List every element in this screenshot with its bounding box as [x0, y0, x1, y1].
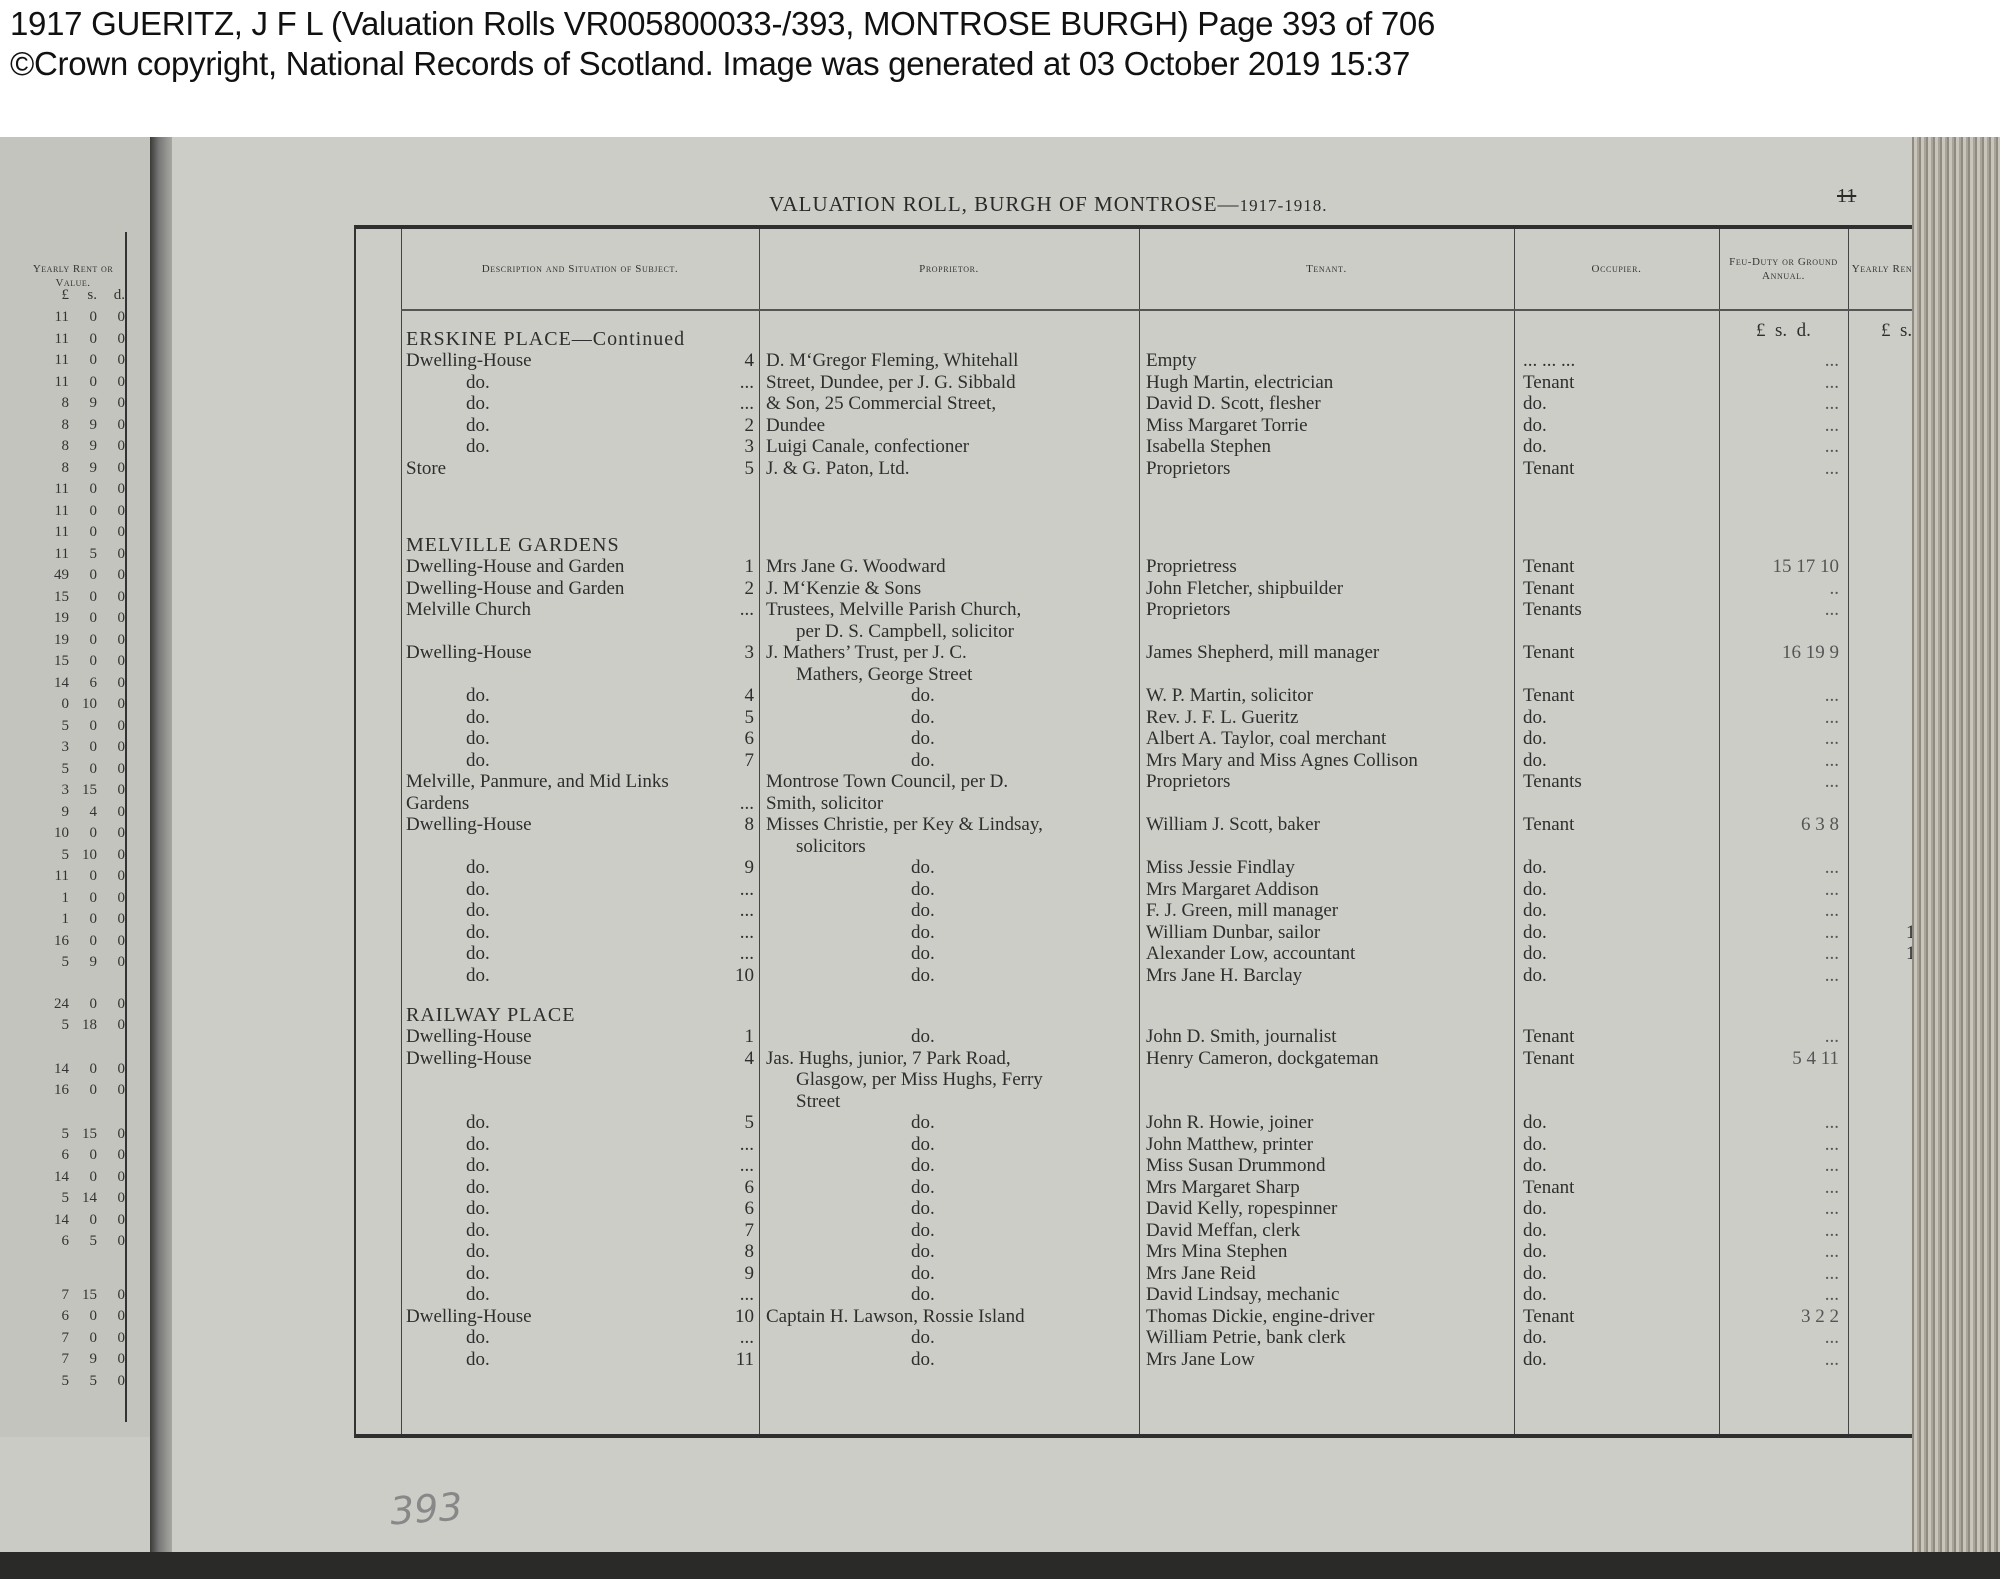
left-page-value-row: 1900: [20, 610, 125, 627]
left-page-value-row: 600: [20, 1147, 125, 1164]
row-tenant: William Petrie, bank clerk: [1146, 1328, 1346, 1348]
left-page-value-row: 1100: [20, 331, 125, 348]
left-page-header: Yearly Rent or Value.: [18, 262, 128, 290]
left-page-value-row: 7150: [20, 1287, 125, 1304]
row-proprietor: do.: [911, 729, 935, 749]
row-feu-duty: ...: [1724, 1242, 1839, 1262]
row-proprietor: do.: [911, 1285, 935, 1305]
row-tenant: John D. Smith, journalist: [1146, 1027, 1337, 1047]
row-feu-duty: ...: [1724, 1135, 1839, 1155]
row-occupier: Tenant: [1523, 815, 1574, 835]
pencil-page-mark: 393: [389, 1485, 464, 1534]
left-page-value-row: 1100: [20, 524, 125, 541]
row-number: ...: [716, 1285, 754, 1305]
row-description: Dwelling-House and Garden: [406, 557, 624, 577]
image-caption: 1917 GUERITZ, J F L (Valuation Rolls VR0…: [10, 4, 1435, 84]
row-description: do.: [466, 923, 490, 943]
row-feu-duty: ...: [1724, 858, 1839, 878]
header-tenant: Tenant.: [1139, 229, 1514, 309]
row-occupier: Tenant: [1523, 1307, 1574, 1327]
row-tenant: Mrs Margaret Addison: [1146, 880, 1319, 900]
column-divider: [401, 229, 402, 1434]
row-description: do.: [466, 1285, 490, 1305]
row-feu-duty: ...: [1724, 351, 1839, 371]
row-tenant: Miss Margaret Torrie: [1146, 416, 1308, 436]
page-number: 11: [1837, 185, 1856, 208]
row-occupier: do.: [1523, 751, 1547, 771]
caption-copyright: ©Crown copyright, National Records of Sc…: [10, 44, 1435, 84]
row-proprietor: Smith, solicitor: [766, 794, 883, 814]
row-occupier: do.: [1523, 944, 1547, 964]
row-feu-duty: ...: [1724, 751, 1839, 771]
book-gutter: [150, 137, 172, 1579]
row-occupier: do.: [1523, 901, 1547, 921]
row-description: do.: [466, 394, 490, 414]
row-feu-duty: ...: [1724, 1178, 1839, 1198]
row-feu-duty: ...: [1724, 1199, 1839, 1219]
column-divider: [1514, 229, 1515, 1434]
row-description: do.: [466, 901, 490, 921]
left-page-value-row: 590: [20, 954, 125, 971]
row-proprietor: do.: [911, 708, 935, 728]
row-number: 5: [716, 708, 754, 728]
row-proprietor: do.: [911, 858, 935, 878]
left-page-value-row: 550: [20, 1373, 125, 1390]
row-feu-duty: ...: [1724, 1027, 1839, 1047]
row-number: 4: [716, 1049, 754, 1069]
row-number: 10: [716, 966, 754, 986]
left-page-value-row: 1900: [20, 632, 125, 649]
row-proprietor: J. Mathers’ Trust, per J. C.: [766, 643, 967, 663]
left-page-value-row: 600: [20, 1308, 125, 1325]
row-proprietor: do.: [911, 1027, 935, 1047]
left-page-units: £s.d.: [20, 287, 125, 304]
left-page-value-row: 0100: [20, 696, 125, 713]
left-page-value-row: 1150: [20, 546, 125, 563]
row-proprietor: Mrs Jane G. Woodward: [766, 557, 946, 577]
row-tenant: Mrs Mina Stephen: [1146, 1242, 1287, 1262]
left-page-value-row: 890: [20, 438, 125, 455]
row-description: do.: [466, 858, 490, 878]
row-feu-duty: ...: [1724, 686, 1839, 706]
header-occupier: Occupier.: [1514, 229, 1719, 309]
row-occupier: do.: [1523, 1242, 1547, 1262]
row-occupier: do.: [1523, 880, 1547, 900]
row-number: 5: [716, 459, 754, 479]
left-page-value-row: 1100: [20, 481, 125, 498]
row-description: do.: [466, 944, 490, 964]
row-number: ...: [716, 600, 754, 620]
left-page-value-row: 1100: [20, 503, 125, 520]
row-occupier: do.: [1523, 416, 1547, 436]
row-proprietor: Street, Dundee, per J. G. Sibbald: [766, 373, 1016, 393]
row-proprietor: do.: [911, 901, 935, 921]
row-occupier: do.: [1523, 1199, 1547, 1219]
row-description: Store: [406, 459, 446, 479]
row-occupier: do.: [1523, 708, 1547, 728]
row-feu-duty: 3 2 2: [1724, 1307, 1839, 1327]
row-tenant: John Fletcher, shipbuilder: [1146, 579, 1343, 599]
row-description: Dwelling-House: [406, 643, 532, 663]
row-proprietor: do.: [911, 944, 935, 964]
row-feu-duty: 15 17 10: [1724, 557, 1839, 577]
row-description: do.: [466, 1328, 490, 1348]
row-occupier: Tenant: [1523, 373, 1574, 393]
row-occupier: do.: [1523, 858, 1547, 878]
row-proprietor: do.: [911, 686, 935, 706]
row-feu-duty: 5 4 11: [1724, 1049, 1839, 1069]
row-description: do.: [466, 373, 490, 393]
row-proprietor: do.: [911, 751, 935, 771]
row-feu-duty: ...: [1724, 772, 1839, 792]
row-number: 6: [716, 1199, 754, 1219]
row-description: do.: [466, 1135, 490, 1155]
row-tenant: Rev. J. F. L. Gueritz: [1146, 708, 1298, 728]
left-page-value-row: 790: [20, 1351, 125, 1368]
page-edges: [1912, 137, 2000, 1579]
left-page-value-row: 100: [20, 890, 125, 907]
row-proprietor: do.: [911, 1350, 935, 1370]
row-proprietor: Trustees, Melville Parish Church,: [766, 600, 1021, 620]
header-description: Description and Situation of Subject.: [401, 229, 759, 309]
row-tenant: Henry Cameron, dockgateman: [1146, 1049, 1379, 1069]
row-description: Melville, Panmure, and Mid Links: [406, 772, 669, 792]
row-tenant: Miss Jessie Findlay: [1146, 858, 1295, 878]
header-feu-duty: Feu-Duty or Ground Annual.: [1719, 229, 1848, 309]
row-description: do.: [466, 1350, 490, 1370]
row-tenant: David Meffan, clerk: [1146, 1221, 1300, 1241]
row-occupier: do.: [1523, 966, 1547, 986]
row-feu-duty: 6 3 8: [1724, 815, 1839, 835]
row-description: Dwelling-House and Garden: [406, 579, 624, 599]
row-description: do.: [466, 416, 490, 436]
row-tenant: David Kelly, ropespinner: [1146, 1199, 1337, 1219]
right-page: VALUATION ROLL, BURGH OF MONTROSE—1917-1…: [172, 137, 1912, 1579]
row-tenant: Proprietors: [1146, 772, 1230, 792]
row-occupier: do.: [1523, 1264, 1547, 1284]
row-description: do.: [466, 966, 490, 986]
row-number: ...: [716, 901, 754, 921]
row-tenant: Isabella Stephen: [1146, 437, 1271, 457]
row-occupier: Tenant: [1523, 1178, 1574, 1198]
row-occupier: do.: [1523, 729, 1547, 749]
row-number: ...: [716, 1156, 754, 1176]
left-page-value-row: 1500: [20, 653, 125, 670]
column-divider: [1719, 229, 1720, 1434]
row-description: do.: [466, 437, 490, 457]
row-proprietor: do.: [911, 1328, 935, 1348]
row-tenant: Thomas Dickie, engine-driver: [1146, 1307, 1374, 1327]
row-feu-duty: ...: [1724, 1221, 1839, 1241]
row-number: 8: [716, 815, 754, 835]
caption-title: 1917 GUERITZ, J F L (Valuation Rolls VR0…: [10, 4, 1435, 44]
row-number: 2: [716, 579, 754, 599]
row-proprietor: D. M‘Gregor Fleming, Whitehall: [766, 351, 1018, 371]
row-feu-duty: ...: [1724, 1113, 1839, 1133]
row-description: Dwelling-House: [406, 1027, 532, 1047]
row-description: do.: [466, 1178, 490, 1198]
row-proprietor: do.: [911, 1135, 935, 1155]
scanned-ledger: Yearly Rent or Value. £s.d.1100110011001…: [0, 137, 2000, 1579]
row-tenant: Proprietors: [1146, 459, 1230, 479]
left-page-value-row: 1000: [20, 825, 125, 842]
left-page-value-row: 1400: [20, 1061, 125, 1078]
left-page-value-row: 1100: [20, 374, 125, 391]
row-feu-duty: ...: [1724, 901, 1839, 921]
left-page-value-row: 2400: [20, 996, 125, 1013]
row-description: do.: [466, 1264, 490, 1284]
left-page-value-row: 100: [20, 911, 125, 928]
row-proprietor: do.: [911, 1178, 935, 1198]
row-description: do.: [466, 1199, 490, 1219]
row-tenant: John Matthew, printer: [1146, 1135, 1313, 1155]
row-number: 9: [716, 1264, 754, 1284]
row-occupier: do.: [1523, 1113, 1547, 1133]
row-occupier: do.: [1523, 1328, 1547, 1348]
left-page-value-row: 500: [20, 761, 125, 778]
row-proprietor: J. & G. Paton, Ltd.: [766, 459, 910, 479]
left-page-value-row: 700: [20, 1330, 125, 1347]
row-proprietor: Dundee: [766, 416, 825, 436]
left-page-value-row: 650: [20, 1233, 125, 1250]
left-page-value-row: 1400: [20, 1212, 125, 1229]
row-occupier: Tenants: [1523, 772, 1582, 792]
left-page-value-row: 1600: [20, 1082, 125, 1099]
row-number: 9: [716, 858, 754, 878]
header-proprietor: Proprietor.: [759, 229, 1139, 309]
row-feu-duty: ...: [1724, 966, 1839, 986]
row-feu-duty: ...: [1724, 437, 1839, 457]
row-proprietor: Misses Christie, per Key & Lindsay,: [766, 815, 1043, 835]
row-tenant: Hugh Martin, electrician: [1146, 373, 1333, 393]
row-description: do.: [466, 1113, 490, 1133]
row-proprietor: Glasgow, per Miss Hughs, Ferry: [796, 1070, 1043, 1090]
row-proprietor: do.: [911, 1242, 935, 1262]
row-feu-duty: ...: [1724, 944, 1839, 964]
row-proprietor: & Son, 25 Commercial Street,: [766, 394, 996, 414]
row-number: 10: [716, 1307, 754, 1327]
row-feu-duty: ...: [1724, 1264, 1839, 1284]
row-tenant: Mrs Jane Reid: [1146, 1264, 1256, 1284]
row-number: 6: [716, 1178, 754, 1198]
row-number: 3: [716, 643, 754, 663]
row-number: ...: [716, 923, 754, 943]
row-tenant: David Lindsay, mechanic: [1146, 1285, 1339, 1305]
row-number: 7: [716, 751, 754, 771]
row-proprietor: Jas. Hughs, junior, 7 Park Road,: [766, 1049, 1011, 1069]
row-description: do.: [466, 1221, 490, 1241]
row-feu-duty: ...: [1724, 1156, 1839, 1176]
left-page-value-row: 3150: [20, 782, 125, 799]
row-number: 3: [716, 437, 754, 457]
left-page-value-row: 1460: [20, 675, 125, 692]
row-description: do.: [466, 1156, 490, 1176]
row-proprietor: Montrose Town Council, per D.: [766, 772, 1008, 792]
column-divider: [1139, 229, 1140, 1434]
row-feu-duty: ...: [1724, 880, 1839, 900]
row-proprietor: Mathers, George Street: [796, 665, 972, 685]
row-tenant: Proprietors: [1146, 600, 1230, 620]
row-number: 4: [716, 686, 754, 706]
section-erskine-place: ERSKINE PLACE—Continued: [406, 329, 685, 349]
row-number: 8: [716, 1242, 754, 1262]
row-occupier: do.: [1523, 1135, 1547, 1155]
header-rule: [401, 309, 1976, 311]
row-tenant: F. J. Green, mill manager: [1146, 901, 1338, 921]
row-description: do.: [466, 880, 490, 900]
row-proprietor: do.: [911, 966, 935, 986]
row-number: ...: [716, 394, 754, 414]
row-tenant: Mrs Margaret Sharp: [1146, 1178, 1300, 1198]
row-description: Melville Church: [406, 600, 531, 620]
row-proprietor: Luigi Canale, confectioner: [766, 437, 969, 457]
row-tenant: David D. Scott, flesher: [1146, 394, 1321, 414]
row-description: Dwelling-House: [406, 1049, 532, 1069]
row-proprietor: do.: [911, 880, 935, 900]
row-tenant: Alexander Low, accountant: [1146, 944, 1355, 964]
row-tenant: Empty: [1146, 351, 1197, 371]
row-feu-duty: ..: [1724, 579, 1839, 599]
row-number: 5: [716, 1113, 754, 1133]
row-occupier: do.: [1523, 1156, 1547, 1176]
row-number: ...: [716, 1328, 754, 1348]
row-number: ...: [716, 1135, 754, 1155]
left-page-value-row: 4900: [20, 567, 125, 584]
row-proprietor: do.: [911, 1156, 935, 1176]
row-tenant: Mrs Jane Low: [1146, 1350, 1255, 1370]
row-feu-duty: ...: [1724, 1350, 1839, 1370]
row-description: Dwelling-House: [406, 1307, 532, 1327]
row-feu-duty: ...: [1724, 729, 1839, 749]
row-description: do.: [466, 1242, 490, 1262]
row-tenant: Miss Susan Drummond: [1146, 1156, 1325, 1176]
row-description: do.: [466, 729, 490, 749]
row-description: do.: [466, 686, 490, 706]
column-divider: [759, 229, 760, 1434]
section-railway-place: RAILWAY PLACE: [406, 1005, 575, 1025]
scan-background: [0, 1552, 2000, 1579]
row-occupier: Tenant: [1523, 1049, 1574, 1069]
row-tenant: Albert A. Taylor, coal merchant: [1146, 729, 1386, 749]
left-page-value-row: 890: [20, 417, 125, 434]
row-number: 6: [716, 729, 754, 749]
row-feu-duty: ...: [1724, 1285, 1839, 1305]
row-description: do.: [466, 751, 490, 771]
row-proprietor: per D. S. Campbell, solicitor: [796, 622, 1014, 642]
left-page-value-row: 890: [20, 460, 125, 477]
row-proprietor: Street: [796, 1092, 840, 1112]
row-occupier: Tenants: [1523, 600, 1582, 620]
row-tenant: Mrs Mary and Miss Agnes Collison: [1146, 751, 1418, 771]
left-page-value-row: 5140: [20, 1190, 125, 1207]
row-number: ...: [716, 373, 754, 393]
feu-units: £ s. d.: [1756, 321, 1811, 341]
row-occupier: do.: [1523, 1285, 1547, 1305]
left-page-value-row: 1400: [20, 1169, 125, 1186]
row-proprietor: do.: [911, 923, 935, 943]
row-feu-duty: ...: [1724, 600, 1839, 620]
row-number: 4: [716, 351, 754, 371]
row-occupier: Tenant: [1523, 557, 1574, 577]
left-page-value-row: 500: [20, 718, 125, 735]
left-page-value-row: 1100: [20, 868, 125, 885]
row-feu-duty: ...: [1724, 1328, 1839, 1348]
row-tenant: Proprietress: [1146, 557, 1237, 577]
row-feu-duty: ...: [1724, 923, 1839, 943]
row-tenant: John R. Howie, joiner: [1146, 1113, 1313, 1133]
left-page-value-row: 300: [20, 739, 125, 756]
row-tenant: William J. Scott, baker: [1146, 815, 1320, 835]
column-divider: [1848, 229, 1849, 1434]
row-feu-duty: ...: [1724, 416, 1839, 436]
row-occupier: do.: [1523, 437, 1547, 457]
row-occupier: Tenant: [1523, 579, 1574, 599]
left-page-value-row: 5180: [20, 1017, 125, 1034]
row-proprietor: solicitors: [796, 837, 866, 857]
row-proprietor: do.: [911, 1199, 935, 1219]
row-proprietor: do.: [911, 1113, 935, 1133]
row-occupier: ... ... ...: [1523, 351, 1575, 371]
left-page-value-row: 1600: [20, 933, 125, 950]
row-number: 1: [716, 557, 754, 577]
row-proprietor: do.: [911, 1221, 935, 1241]
left-page-value-row: 5100: [20, 847, 125, 864]
row-occupier: Tenant: [1523, 459, 1574, 479]
row-number: 7: [716, 1221, 754, 1241]
row-description: Dwelling-House: [406, 815, 532, 835]
left-page-value-row: 1500: [20, 589, 125, 606]
row-proprietor: do.: [911, 1264, 935, 1284]
row-tenant: W. P. Martin, solicitor: [1146, 686, 1313, 706]
valuation-table: Description and Situation of Subject. Pr…: [354, 225, 1976, 1438]
row-number: ...: [716, 794, 754, 814]
row-tenant: James Shepherd, mill manager: [1146, 643, 1379, 663]
row-feu-duty: ...: [1724, 708, 1839, 728]
row-occupier: Tenant: [1523, 643, 1574, 663]
left-page-value-row: 1100: [20, 309, 125, 326]
left-page-value-row: 890: [20, 395, 125, 412]
row-feu-duty: 16 19 9: [1724, 643, 1839, 663]
left-page: Yearly Rent or Value. £s.d.1100110011001…: [0, 137, 155, 1437]
row-description: Dwelling-House: [406, 351, 532, 371]
row-occupier: do.: [1523, 1221, 1547, 1241]
section-melville-gardens: MELVILLE GARDENS: [406, 535, 620, 555]
document-title: VALUATION ROLL, BURGH OF MONTROSE—1917-1…: [769, 192, 1327, 217]
left-page-value-row: 940: [20, 804, 125, 821]
row-feu-duty: ...: [1724, 394, 1839, 414]
row-number: ...: [716, 880, 754, 900]
row-occupier: do.: [1523, 1350, 1547, 1370]
row-number: 2: [716, 416, 754, 436]
row-feu-duty: ...: [1724, 459, 1839, 479]
row-number: ...: [716, 944, 754, 964]
row-occupier: Tenant: [1523, 686, 1574, 706]
row-tenant: William Dunbar, sailor: [1146, 923, 1320, 943]
row-tenant: Mrs Jane H. Barclay: [1146, 966, 1302, 986]
left-page-value-row: 1100: [20, 352, 125, 369]
row-description: do.: [466, 708, 490, 728]
row-proprietor: Captain H. Lawson, Rossie Island: [766, 1307, 1025, 1327]
row-occupier: do.: [1523, 394, 1547, 414]
row-proprietor: J. M‘Kenzie & Sons: [766, 579, 921, 599]
row-feu-duty: ...: [1724, 373, 1839, 393]
row-occupier: do.: [1523, 923, 1547, 943]
row-number: 11: [716, 1350, 754, 1370]
left-page-value-row: 5150: [20, 1126, 125, 1143]
row-occupier: Tenant: [1523, 1027, 1574, 1047]
row-description: Gardens: [406, 794, 469, 814]
row-number: 1: [716, 1027, 754, 1047]
